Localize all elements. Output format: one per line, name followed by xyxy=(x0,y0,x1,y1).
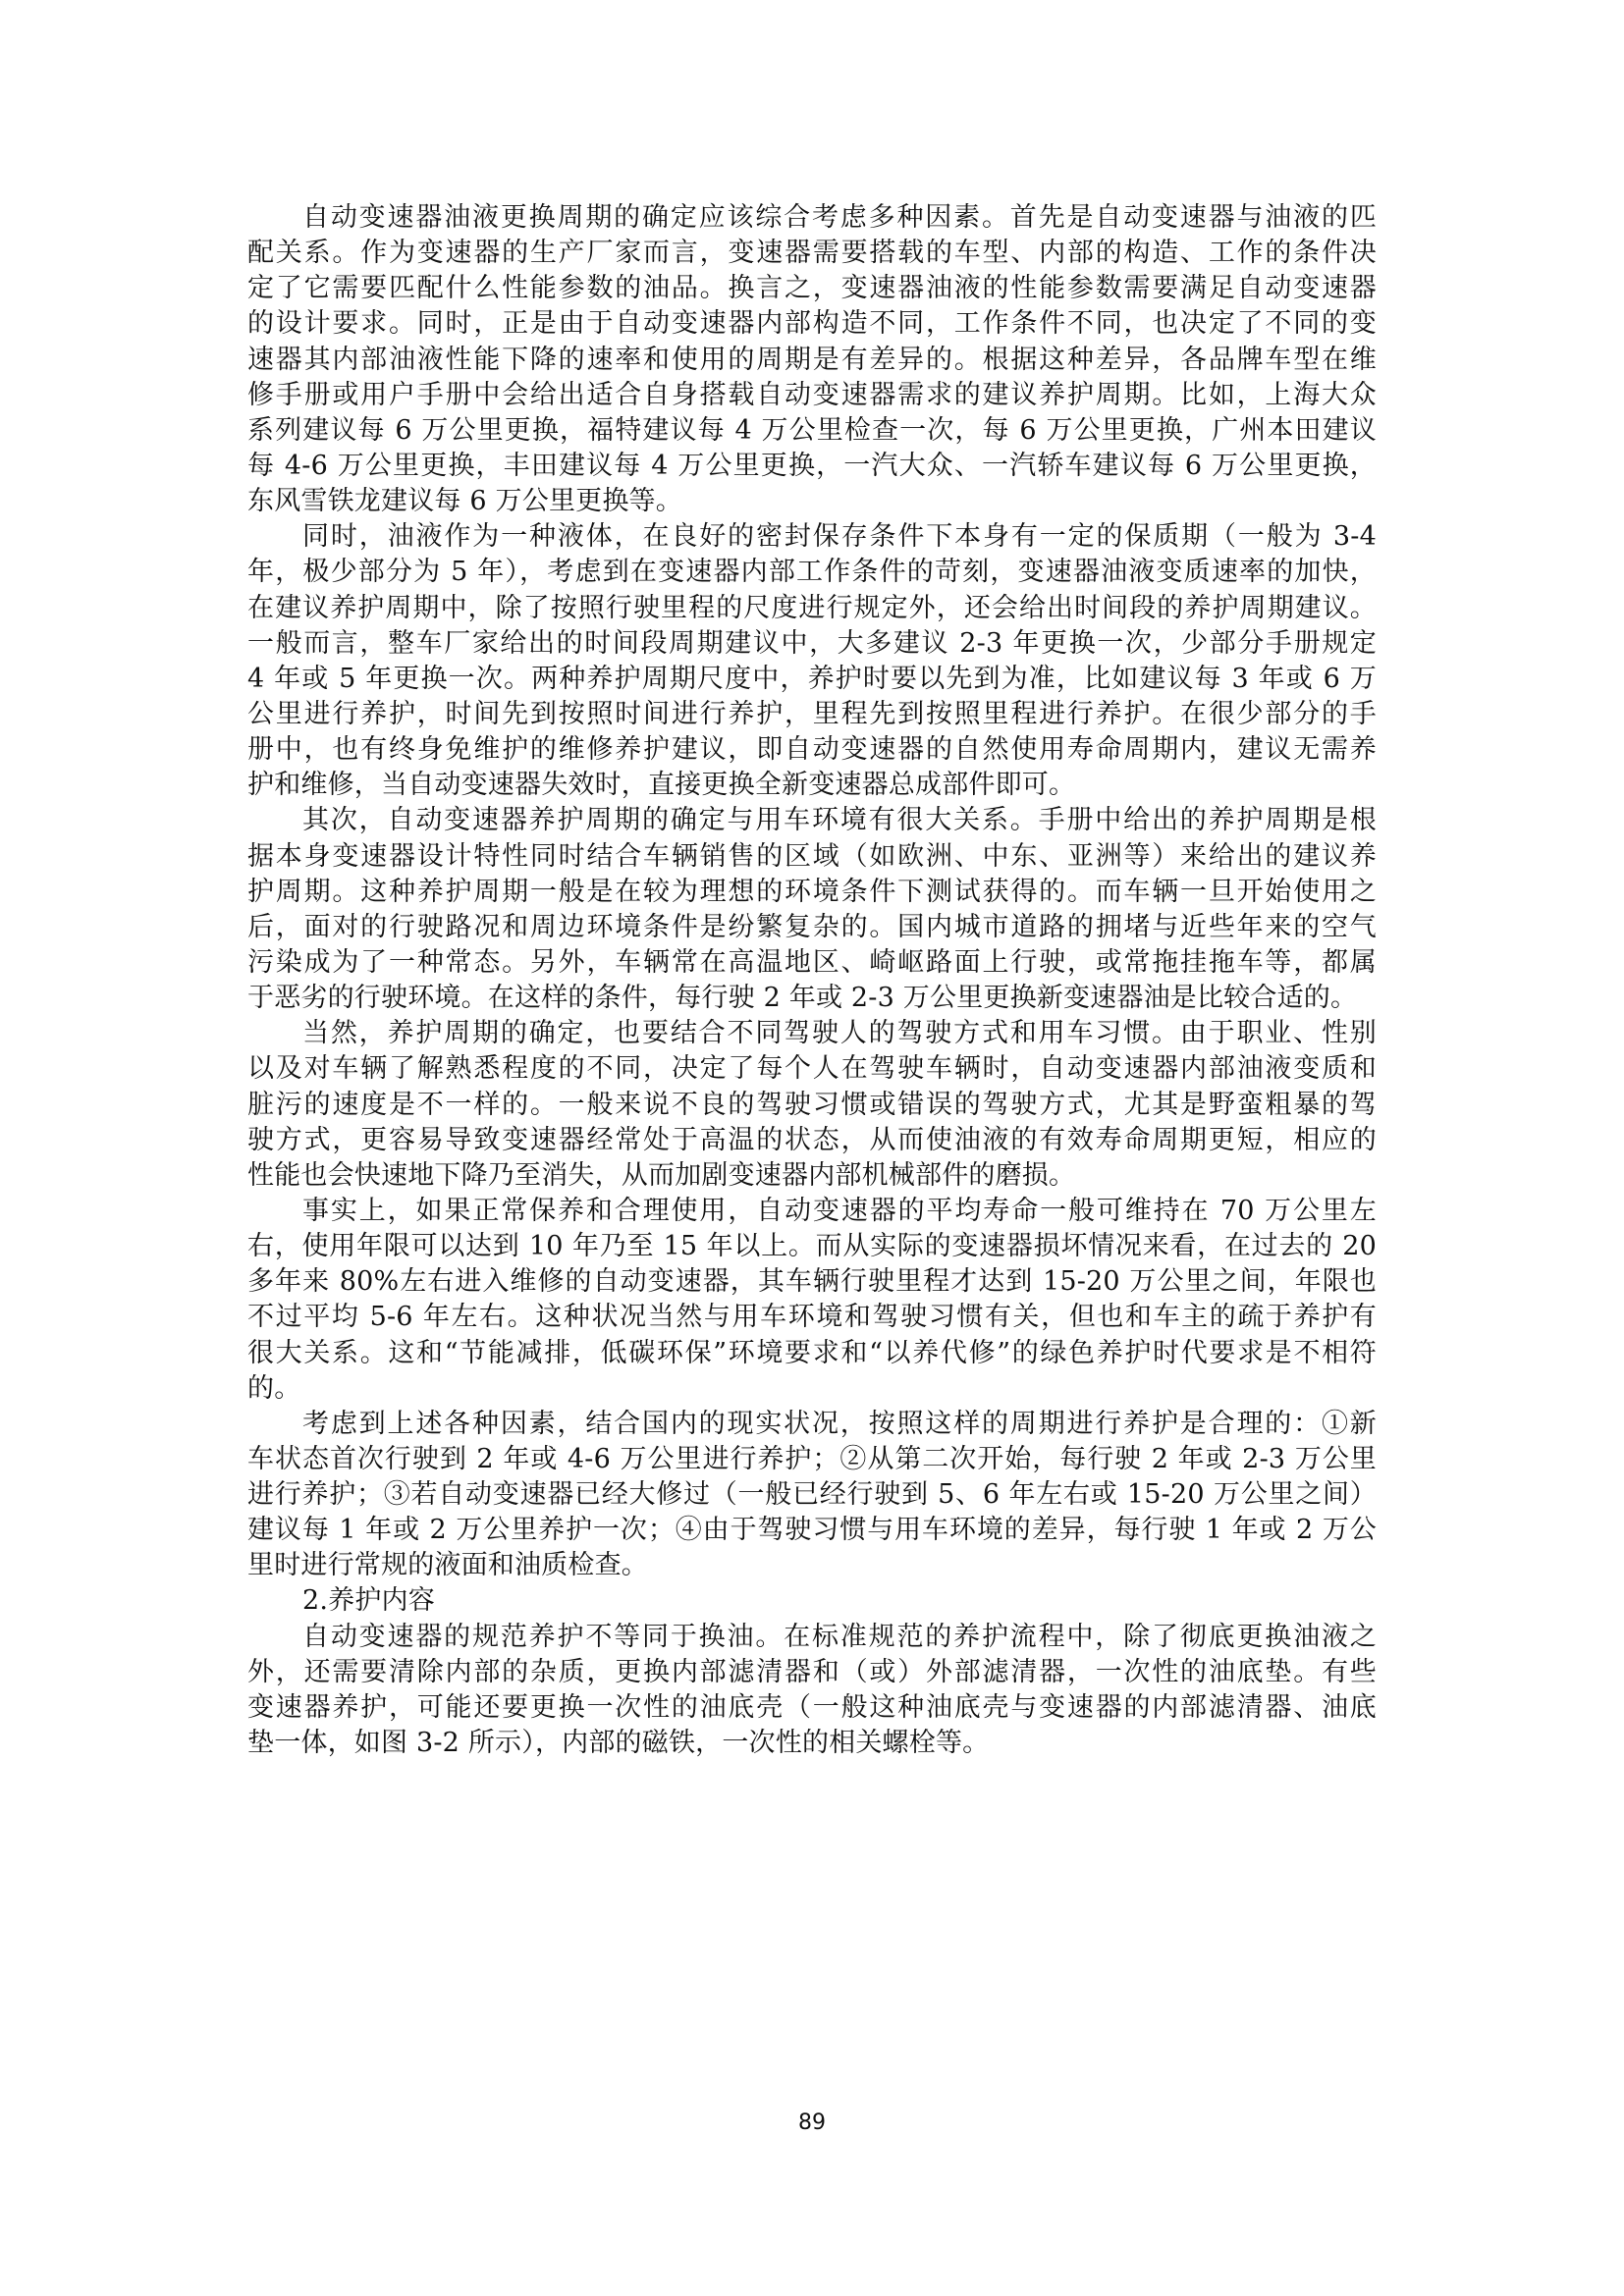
page-number: 89 xyxy=(0,2110,1624,2135)
text-line: 于恶劣的行驶环境。在这样的条件，每行驶 2 年或 2-3 万公里更换新变速器油是… xyxy=(247,981,1377,1016)
text-line: 的设计要求。同时，正是由于自动变速器内部构造不同，工作条件不同，也决定了不同的变 xyxy=(247,306,1377,342)
text-line: 一般而言，整车厂家给出的时间段周期建议中，大多建议 2-3 年更换一次，少部分手… xyxy=(247,626,1377,662)
text-line: 护周期。这种养护周期一般是在较为理想的环境条件下测试获得的。而车辆一旦开始使用之 xyxy=(247,875,1377,910)
text-line: 护和维修，当自动变速器失效时，直接更换全新变速器总成部件即可。 xyxy=(247,768,1377,803)
text-line: 速器其内部油液性能下降的速率和使用的周期是有差异的。根据这种差异，各品牌车型在维 xyxy=(247,343,1377,378)
text-line: 据本身变速器设计特性同时结合车辆销售的区域（如欧洲、中东、亚洲等）来给出的建议养 xyxy=(247,839,1377,875)
text-line: 4 年或 5 年更换一次。两种养护周期尺度中，养护时要以先到为准，比如建议每 3… xyxy=(247,662,1377,697)
text-line: 修手册或用户手册中会给出适合自身搭载自动变速器需求的建议养护周期。比如，上海大众 xyxy=(247,378,1377,413)
text-line: 的。 xyxy=(247,1371,1377,1407)
document-page: 自动变速器油液更换周期的确定应该综合考虑多种因素。首先是自动变速器与油液的匹配关… xyxy=(0,0,1624,2296)
paragraph: 自动变速器油液更换周期的确定应该综合考虑多种因素。首先是自动变速器与油液的匹配关… xyxy=(247,200,1377,519)
text-line: 册中，也有终身免维护的维修养护建议，即自动变速器的自然使用寿命周期内，建议无需养 xyxy=(247,732,1377,768)
text-line: 年，极少部分为 5 年），考虑到在变速器内部工作条件的苛刻，变速器油液变质速率的… xyxy=(247,555,1377,590)
paragraph: 自动变速器的规范养护不等同于换油。在标准规范的养护流程中，除了彻底更换油液之外，… xyxy=(247,1620,1377,1762)
paragraph: 事实上，如果正常保养和合理使用，自动变速器的平均寿命一般可维持在 70 万公里左… xyxy=(247,1194,1377,1407)
text-line: 外，还需要清除内部的杂质，更换内部滤清器和（或）外部滤清器，一次性的油底垫。有些 xyxy=(247,1655,1377,1690)
text-line: 事实上，如果正常保养和合理使用，自动变速器的平均寿命一般可维持在 70 万公里左 xyxy=(247,1194,1377,1229)
text-line: 系列建议每 6 万公里更换，福特建议每 4 万公里检查一次，每 6 万公里更换，… xyxy=(247,413,1377,449)
text-line: 考虑到上述各种因素，结合国内的现实状况，按照这样的周期进行养护是合理的：①新 xyxy=(247,1407,1377,1442)
text-line: 配关系。作为变速器的生产厂家而言，变速器需要搭载的车型、内部的构造、工作的条件决 xyxy=(247,236,1377,271)
text-line: 脏污的速度是不一样的。一般来说不良的驾驶习惯或错误的驾驶方式，尤其是野蛮粗暴的驾 xyxy=(247,1088,1377,1123)
text-line: 后，面对的行驶路况和周边环境条件是纷繁复杂的。国内城市道路的拥堵与近些年来的空气 xyxy=(247,910,1377,945)
text-line: 定了它需要匹配什么性能参数的油品。换言之，变速器油液的性能参数需要满足自动变速器 xyxy=(247,271,1377,306)
text-line: 垫一体，如图 3-2 所示），内部的磁铁，一次性的相关螺栓等。 xyxy=(247,1726,1377,1761)
text-line: 建议每 1 年或 2 万公里养护一次；④由于驾驶习惯与用车环境的差异，每行驶 1… xyxy=(247,1513,1377,1548)
text-line: 进行养护；③若自动变速器已经大修过（一般已经行驶到 5、6 年左右或 15-20… xyxy=(247,1477,1377,1513)
paragraph: 同时，油液作为一种液体，在良好的密封保存条件下本身有一定的保质期（一般为 3-4… xyxy=(247,519,1377,803)
text-line: 以及对车辆了解熟悉程度的不同，决定了每个人在驾驶车辆时，自动变速器内部油液变质和 xyxy=(247,1051,1377,1087)
text-line: 车状态首次行驶到 2 年或 4-6 万公里进行养护；②从第二次开始，每行驶 2 … xyxy=(247,1442,1377,1477)
paragraph: 其次，自动变速器养护周期的确定与用车环境有很大关系。手册中给出的养护周期是根据本… xyxy=(247,803,1377,1016)
text-line: 东风雪铁龙建议每 6 万公里更换等。 xyxy=(247,484,1377,519)
section-heading: 2.养护内容 xyxy=(247,1583,1377,1619)
text-line: 多年来 80%左右进入维修的自动变速器，其车辆行驶里程才达到 15-20 万公里… xyxy=(247,1264,1377,1300)
paragraph: 当然，养护周期的确定，也要结合不同驾驶人的驾驶方式和用车习惯。由于职业、性别以及… xyxy=(247,1016,1377,1194)
text-line: 每 4-6 万公里更换，丰田建议每 4 万公里更换，一汽大众、一汽轿车建议每 6… xyxy=(247,449,1377,484)
text-line: 不过平均 5-6 年左右。这种状况当然与用车环境和驾驶习惯有关，但也和车主的疏于… xyxy=(247,1300,1377,1335)
text-line: 驶方式，更容易导致变速器经常处于高温的状态，从而使油液的有效寿命周期更短，相应的 xyxy=(247,1123,1377,1158)
text-line: 当然，养护周期的确定，也要结合不同驾驶人的驾驶方式和用车习惯。由于职业、性别 xyxy=(247,1016,1377,1051)
body-text: 自动变速器油液更换周期的确定应该综合考虑多种因素。首先是自动变速器与油液的匹配关… xyxy=(247,200,1377,1761)
text-line: 性能也会快速地下降乃至消失，从而加剧变速器内部机械部件的磨损。 xyxy=(247,1158,1377,1194)
text-line: 其次，自动变速器养护周期的确定与用车环境有很大关系。手册中给出的养护周期是根 xyxy=(247,803,1377,838)
text-line: 同时，油液作为一种液体，在良好的密封保存条件下本身有一定的保质期（一般为 3-4 xyxy=(247,519,1377,555)
text-line: 自动变速器油液更换周期的确定应该综合考虑多种因素。首先是自动变速器与油液的匹 xyxy=(247,200,1377,236)
text-line: 右，使用年限可以达到 10 年乃至 15 年以上。而从实际的变速器损坏情况来看，… xyxy=(247,1229,1377,1264)
text-line: 公里进行养护，时间先到按照时间进行养护，里程先到按照里程进行养护。在很少部分的手 xyxy=(247,697,1377,732)
text-line: 污染成为了一种常态。另外，车辆常在高温地区、崎岖路面上行驶，或常拖挂拖车等，都属 xyxy=(247,945,1377,981)
paragraph: 考虑到上述各种因素，结合国内的现实状况，按照这样的周期进行养护是合理的：①新车状… xyxy=(247,1407,1377,1584)
text-line: 自动变速器的规范养护不等同于换油。在标准规范的养护流程中，除了彻底更换油液之 xyxy=(247,1620,1377,1655)
text-line: 很大关系。这和“节能减排，低碳环保”环境要求和“以养代修”的绿色养护时代要求是不… xyxy=(247,1336,1377,1371)
heading-text: 2.养护内容 xyxy=(247,1583,1377,1619)
text-line: 变速器养护，可能还要更换一次性的油底壳（一般这种油底壳与变速器的内部滤清器、油底 xyxy=(247,1690,1377,1726)
text-line: 在建议养护周期中，除了按照行驶里程的尺度进行规定外，还会给出时间段的养护周期建议… xyxy=(247,591,1377,626)
text-line: 里时进行常规的液面和油质检查。 xyxy=(247,1548,1377,1583)
